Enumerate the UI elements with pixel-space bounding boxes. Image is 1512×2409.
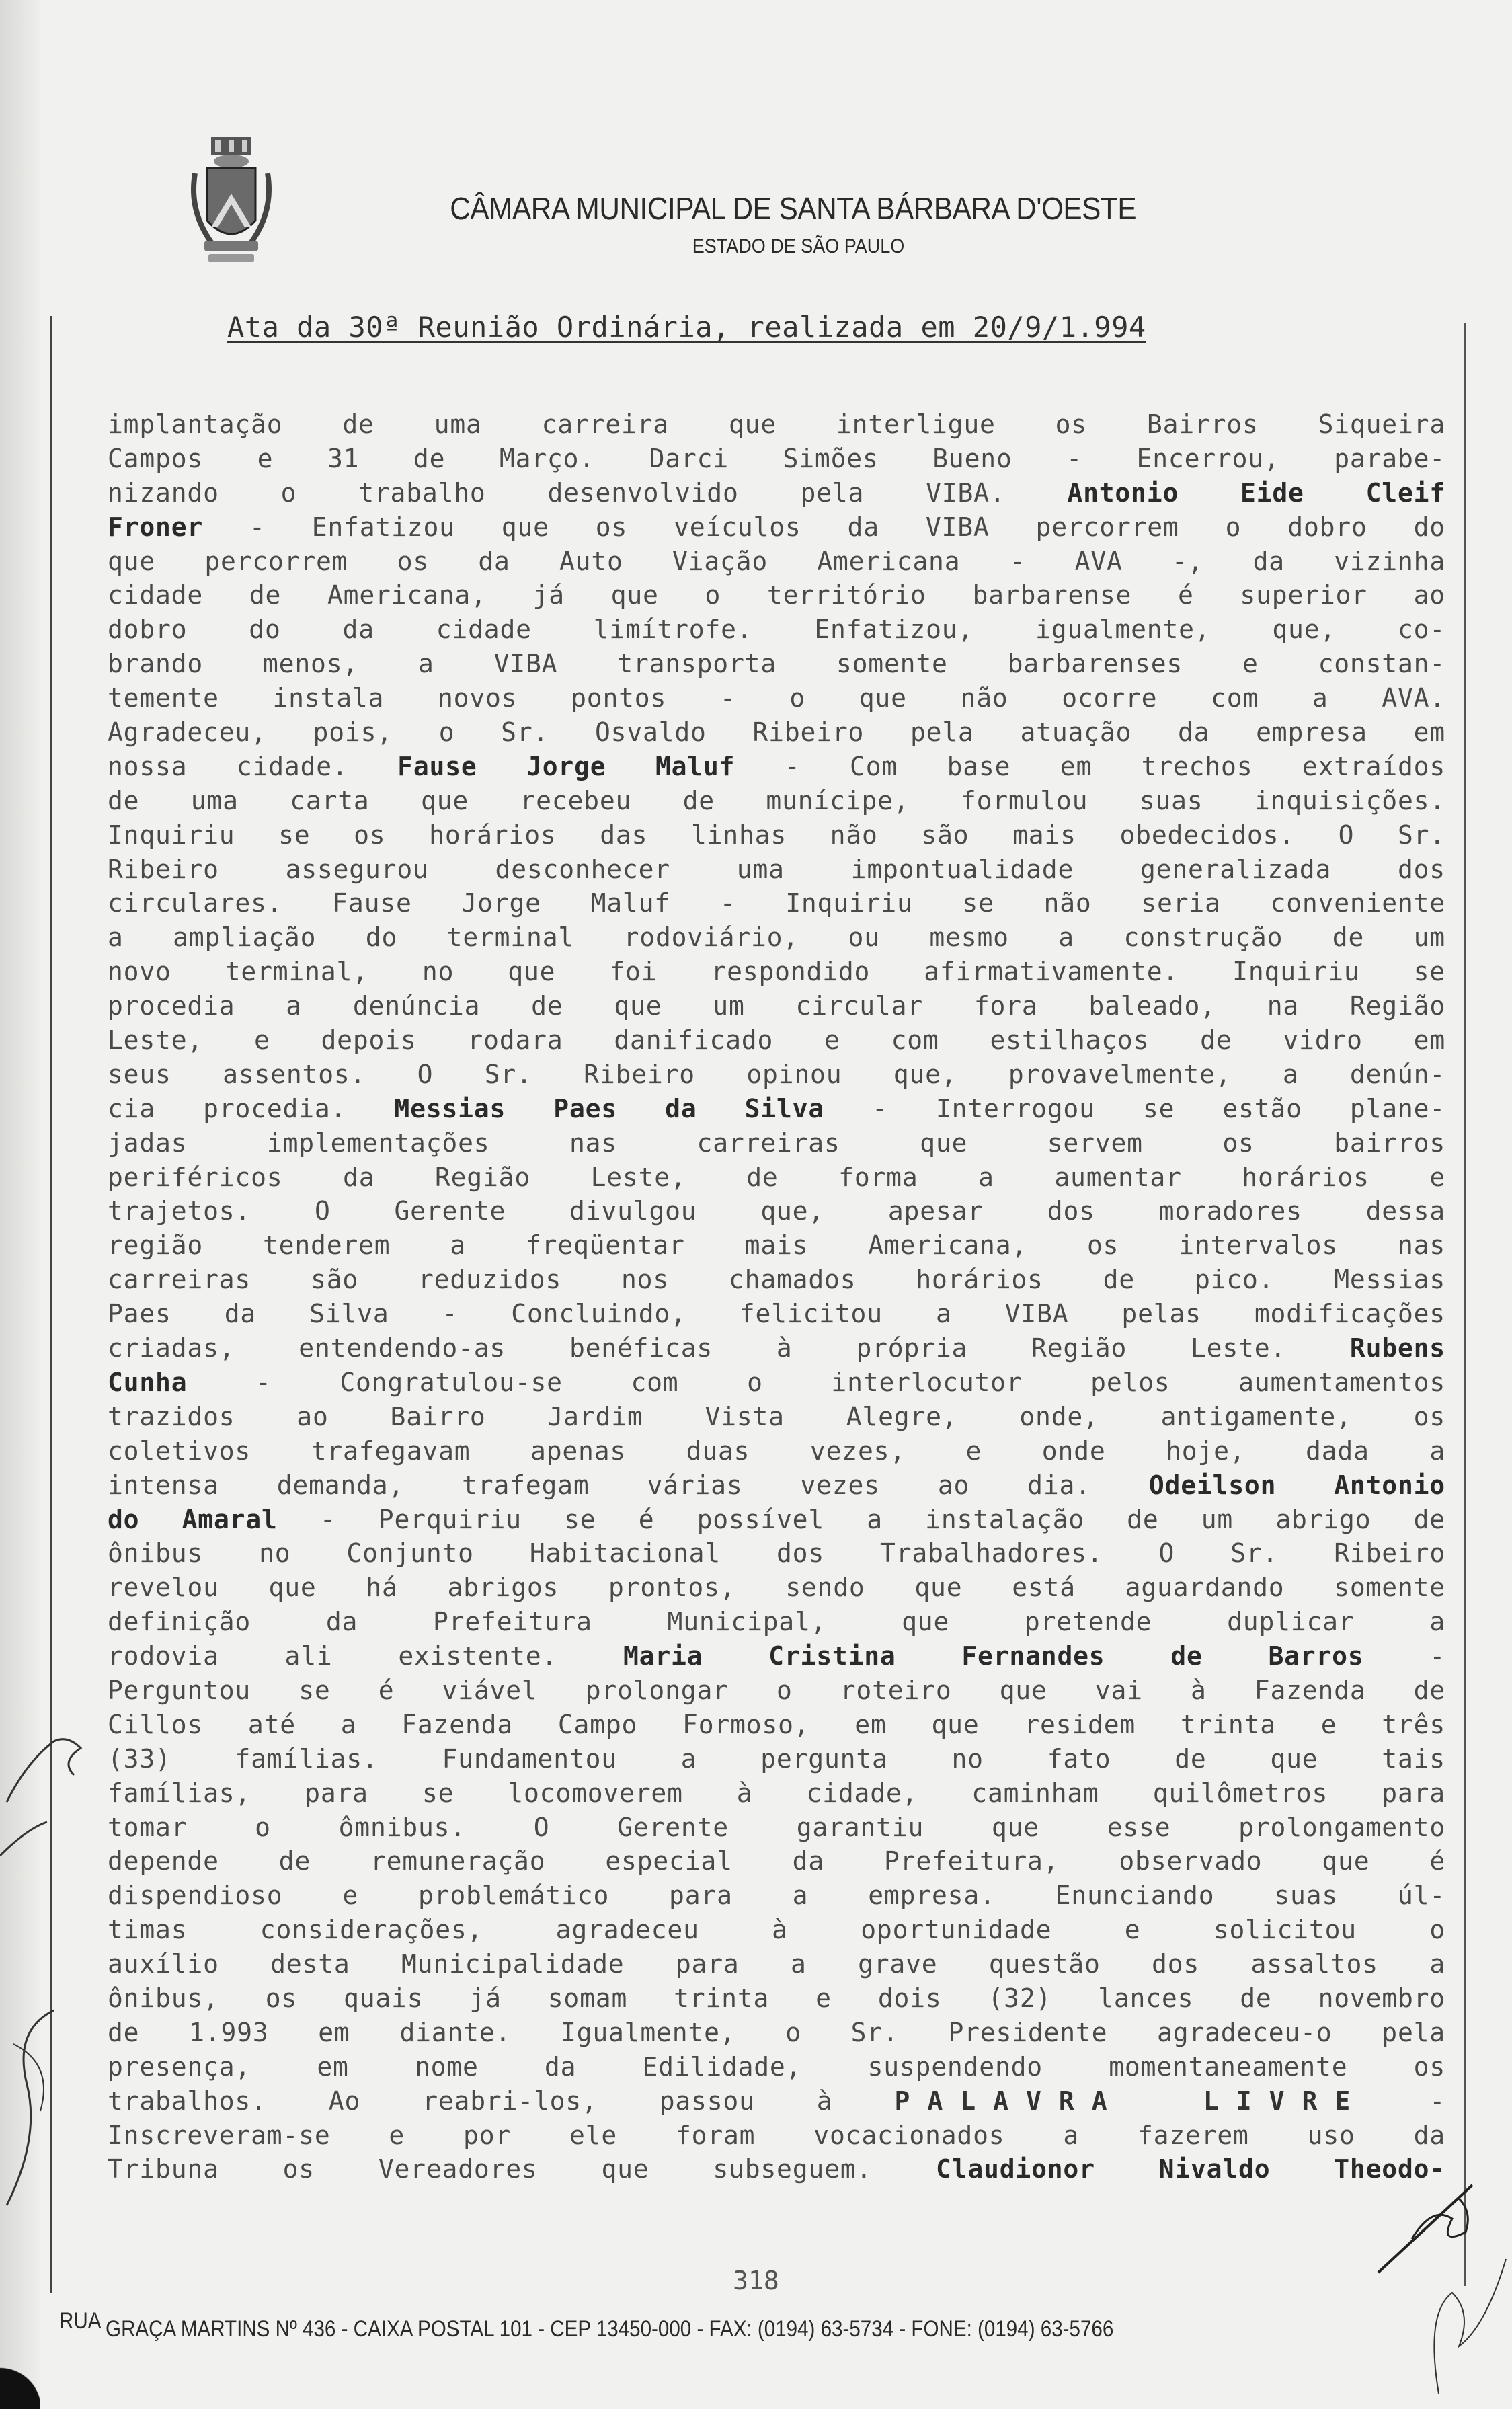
text-line: circulares. Fause Jorge Maluf - Inquiriu… [108,886,1445,920]
text-segment: região tenderem a freqüentar mais Americ… [108,1230,1445,1260]
text-line: cidade de Americana, já que o território… [108,578,1445,613]
text-line: depende de remuneração especial da Prefe… [108,1844,1445,1879]
right-margin-rule [1464,323,1466,2286]
text-segment: Cillos até a Fazenda Campo Formoso, em q… [108,1710,1445,1739]
footer-address-text: GRAÇA MARTINS Nº 436 - CAIXA POSTAL 101 … [106,2316,1113,2342]
text-line: de 1.993 em diante. Igualmente, o Sr. Pr… [108,2016,1445,2050]
text-line: que percorrem os da Auto Viação American… [108,545,1445,579]
text-segment: trajetos. O Gerente divulgou que, apesar… [108,1196,1445,1226]
text-line: Paes da Silva - Concluindo, felicitou a … [108,1297,1445,1331]
text-segment: ônibus no Conjunto Habitacional dos Trab… [108,1538,1445,1568]
text-segment: Perguntou se é viável prolongar o roteir… [108,1675,1445,1705]
text-line: definição da Prefeitura Municipal, que p… [108,1605,1445,1639]
text-line: Froner - Enfatizou que os veículos da VI… [108,510,1445,545]
text-line: jadas implementações nas carreiras que s… [108,1126,1445,1160]
text-line: ônibus, os quais já somam trinta e dois … [108,1981,1445,2016]
text-line: timas considerações, agradeceu à oportun… [108,1913,1445,1947]
minutes-body: implantação de uma carreira que interlig… [108,407,1445,2186]
text-segment: (33) famílias. Fundamentou a pergunta no… [108,1744,1445,1774]
text-segment: carreiras são reduzidos nos chamados hor… [108,1265,1445,1294]
text-segment: ônibus, os quais já somam trinta e dois … [108,1983,1445,2013]
speaker-name: Froner [108,512,203,542]
text-segment: revelou que há abrigos prontos, sendo qu… [108,1573,1445,1602]
text-segment: - Enfatizou que os veículos da VIBA perc… [203,512,1445,542]
text-segment: dobro do da cidade limítrofe. Enfatizou,… [108,615,1445,644]
text-line: criadas, entendendo-as benéficas à própr… [108,1331,1445,1366]
text-segment: auxílio desta Municipalidade para a grav… [108,1949,1445,1979]
text-segment: depende de remuneração especial da Prefe… [108,1846,1445,1876]
section-heading: PALAVRA LIVRE [895,2086,1368,2116]
text-segment: nossa cidade. [108,752,397,781]
text-line: Cunha - Congratulou-se com o interlocuto… [108,1366,1445,1400]
text-segment: periféricos da Região Leste, de forma a … [108,1162,1445,1192]
text-line: temente instala novos pontos - o que não… [108,681,1445,715]
speaker-name: do Amaral [108,1505,278,1534]
text-segment: - [1367,2086,1445,2116]
text-segment: Leste, e depois rodara danificado e com … [108,1025,1445,1055]
text-segment: - Com base em trechos extraídos [735,752,1445,781]
text-segment: de 1.993 em diante. Igualmente, o Sr. Pr… [108,2018,1445,2047]
text-segment: jadas implementações nas carreiras que s… [108,1128,1445,1158]
text-line: revelou que há abrigos prontos, sendo qu… [108,1571,1445,1605]
text-segment: Tribuna os Vereadores que subseguem. [108,2154,936,2184]
text-segment: temente instala novos pontos - o que não… [108,683,1445,713]
text-line: Leste, e depois rodara danificado e com … [108,1023,1445,1058]
text-segment: - [1364,1641,1445,1671]
text-segment: Campos e 31 de Março. Darci Simões Bueno… [108,444,1445,473]
text-segment: brando menos, a VIBA transporta somente … [108,649,1445,678]
text-line: presença, em nome da Edilidade, suspende… [108,2050,1445,2084]
text-segment: - Perquiriu se é possível a instalação d… [278,1505,1445,1534]
document-title: Ata da 30ª Reunião Ordinária, realizada … [227,311,1146,344]
text-segment: rodovia ali existente. [108,1641,623,1671]
text-line: tomar o ômnibus. O Gerente garantiu que … [108,1811,1445,1845]
text-line: Agradeceu, pois, o Sr. Osvaldo Ribeiro p… [108,715,1445,750]
speaker-name: Fause Jorge Maluf [397,752,735,781]
text-line: Ribeiro assegurou desconhecer uma impont… [108,853,1445,887]
text-line: cia procedia. Messias Paes da Silva - In… [108,1092,1445,1126]
text-line: nizando o trabalho desenvolvido pela VIB… [108,476,1445,510]
text-segment: dispendioso e problemático para a empres… [108,1881,1445,1910]
text-line: do Amaral - Perquiriu se é possível a in… [108,1503,1445,1537]
text-segment: nizando o trabalho desenvolvido pela VIB… [108,478,1067,508]
organization-state: ESTADO DE SÃO PAULO [75,235,1436,258]
speaker-name: Antonio Eide Cleif [1067,478,1445,508]
text-segment: circulares. Fause Jorge Maluf - Inquiriu… [108,888,1445,918]
text-line: Tribuna os Vereadores que subseguem. Cla… [108,2152,1445,2186]
text-line: rodovia ali existente. Maria Cristina Fe… [108,1639,1445,1673]
text-segment: presença, em nome da Edilidade, suspende… [108,2052,1445,2082]
text-line: trabalhos. Ao reabri-los, passou à PALAV… [108,2084,1445,2119]
text-line: dobro do da cidade limítrofe. Enfatizou,… [108,613,1445,647]
speaker-name: Messias Paes da Silva [394,1094,824,1123]
page-number: 318 [0,2266,1512,2295]
text-line: seus assentos. O Sr. Ribeiro opinou que,… [108,1058,1445,1092]
text-line: nossa cidade. Fause Jorge Maluf - Com ba… [108,750,1445,784]
text-segment: procedia a denúncia de que um circular f… [108,991,1445,1021]
text-segment: Paes da Silva - Concluindo, felicitou a … [108,1299,1445,1329]
text-segment: tomar o ômnibus. O Gerente garantiu que … [108,1813,1445,1842]
text-segment: Inscreveram-se e por ele foram vocaciona… [108,2121,1445,2150]
text-segment: a ampliação do terminal rodoviário, ou m… [108,922,1445,952]
text-line: Inscreveram-se e por ele foram vocaciona… [108,2119,1445,2153]
speaker-name: Odeilson Antonio [1149,1470,1445,1500]
text-segment: criadas, entendendo-as benéficas à própr… [108,1333,1350,1363]
scan-edge-shadow [0,0,40,2409]
text-line: dispendioso e problemático para a empres… [108,1879,1445,1913]
text-line: famílias, para se locomoverem à cidade, … [108,1776,1445,1811]
text-segment: - Congratulou-se com o interlocutor pelo… [187,1368,1445,1397]
text-line: região tenderem a freqüentar mais Americ… [108,1228,1445,1263]
text-line: trazidos ao Bairro Jardim Vista Alegre, … [108,1400,1445,1434]
organization-name: CÂMARA MUNICIPAL DE SANTA BÁRBARA D'OEST… [61,190,1451,227]
text-line: intensa demanda, trafegam várias vezes a… [108,1468,1445,1503]
scan-corner [0,2328,40,2409]
text-line: ônibus no Conjunto Habitacional dos Trab… [108,1536,1445,1571]
speaker-name: Cunha [108,1368,187,1397]
text-line: implantação de uma carreira que interlig… [108,407,1445,442]
text-segment: implantação de uma carreira que interlig… [108,409,1445,439]
text-line: (33) famílias. Fundamentou a pergunta no… [108,1742,1445,1776]
text-line: a ampliação do terminal rodoviário, ou m… [108,920,1445,955]
text-segment: - Interrogou se estão plane- [824,1094,1445,1123]
text-line: Inquiriu se os horários das linhas não s… [108,818,1445,853]
text-segment: cia procedia. [108,1094,394,1123]
text-line: auxílio desta Municipalidade para a grav… [108,1947,1445,1981]
text-segment: novo terminal, no que foi respondido afi… [108,957,1445,986]
text-segment: timas considerações, agradeceu à oportun… [108,1915,1445,1944]
text-segment: intensa demanda, trafegam várias vezes a… [108,1470,1149,1500]
footer-address: RUA GRAÇA MARTINS Nº 436 - CAIXA POSTAL … [59,2316,1113,2342]
text-segment: trazidos ao Bairro Jardim Vista Alegre, … [108,1402,1445,1431]
text-line: periféricos da Região Leste, de forma a … [108,1160,1445,1195]
text-line: brando menos, a VIBA transporta somente … [108,647,1445,681]
text-line: procedia a denúncia de que um circular f… [108,989,1445,1023]
speaker-name: Claudionor Nivaldo Theodo- [936,2154,1445,2184]
text-line: Campos e 31 de Março. Darci Simões Bueno… [108,442,1445,476]
text-segment: seus assentos. O Sr. Ribeiro opinou que,… [108,1060,1445,1089]
text-line: carreiras são reduzidos nos chamados hor… [108,1263,1445,1297]
text-segment: trabalhos. Ao reabri-los, passou à [108,2086,895,2116]
text-segment: Ribeiro assegurou desconhecer uma impont… [108,855,1445,884]
footer-address-prefix: RUA [59,2308,100,2334]
text-line: Perguntou se é viável prolongar o roteir… [108,1673,1445,1708]
text-segment: que percorrem os da Auto Viação American… [108,547,1445,576]
speaker-name: Rubens [1350,1333,1445,1363]
text-segment: definição da Prefeitura Municipal, que p… [108,1607,1445,1636]
left-margin-rule [50,316,52,2293]
speaker-name: Maria Cristina Fernandes de Barros [623,1641,1364,1671]
text-segment: de uma carta que recebeu de munícipe, fo… [108,786,1445,816]
text-line: trajetos. O Gerente divulgou que, apesar… [108,1194,1445,1228]
text-segment: Inquiriu se os horários das linhas não s… [108,820,1445,850]
text-segment: famílias, para se locomoverem à cidade, … [108,1778,1445,1808]
text-line: de uma carta que recebeu de munícipe, fo… [108,784,1445,818]
text-line: Cillos até a Fazenda Campo Formoso, em q… [108,1708,1445,1742]
text-segment: cidade de Americana, já que o território… [108,580,1445,610]
text-segment: Agradeceu, pois, o Sr. Osvaldo Ribeiro p… [108,717,1445,747]
text-line: coletivos trafegavam apenas duas vezes, … [108,1434,1445,1468]
text-segment: coletivos trafegavam apenas duas vezes, … [108,1436,1445,1466]
text-line: novo terminal, no que foi respondido afi… [108,955,1445,989]
